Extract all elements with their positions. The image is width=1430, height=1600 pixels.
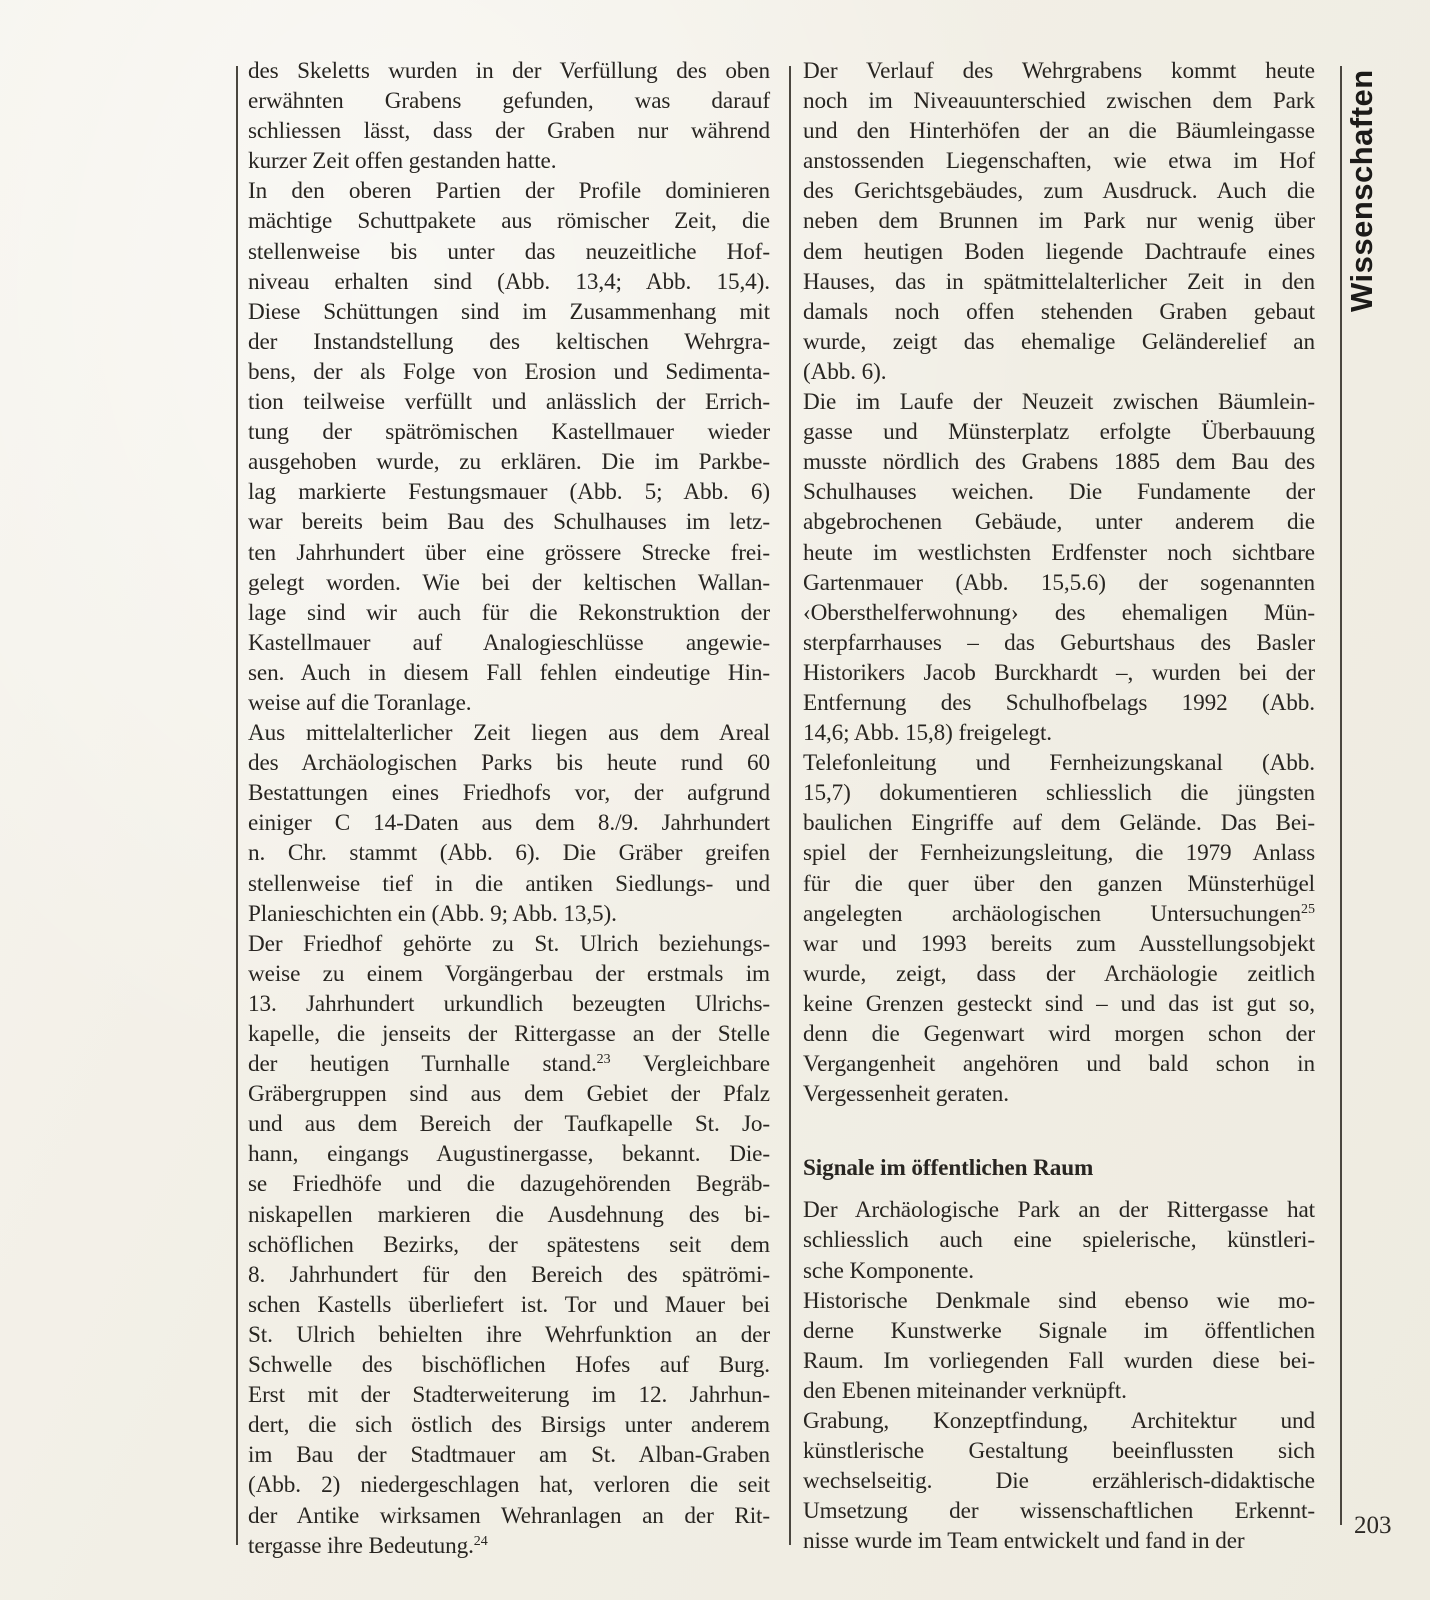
text-line: baulichen Eingriffe auf dem Gelände. Das… <box>803 808 1315 838</box>
text-line: des Archäologischen Parks bis heute rund… <box>248 748 770 778</box>
text-line: spiel der Fernheizungsleitung, die 1979 … <box>803 838 1315 868</box>
text-line: In den oberen Partien der Profile domini… <box>248 176 770 206</box>
text-line: n. Chr. stammt (Abb. 6). Die Gräber grei… <box>248 838 770 868</box>
text-line: weise zu einem Vorgängerbau der erstmals… <box>248 959 770 989</box>
paragraph: Die im Laufe der Neuzeit zwischen Bäumle… <box>803 387 1315 748</box>
text-line: stellenweise tief in die antiken Siedlun… <box>248 869 770 899</box>
text-line: schliessen lässt, dass der Graben nur wä… <box>248 116 770 146</box>
text-line: Schulhauses weichen. Die Fundamente der <box>803 477 1315 507</box>
text-line: denn die Gegenwart wird morgen schon der <box>803 1019 1315 1049</box>
paragraph: Der Friedhof gehörte zu St. Ulrich bezie… <box>248 929 770 1561</box>
paragraph: Der Verlauf des Wehrgrabens kommt heuten… <box>803 56 1315 387</box>
footnote-reference: 24 <box>474 1534 488 1549</box>
text-line: Der Friedhof gehörte zu St. Ulrich bezie… <box>248 929 770 959</box>
text-line: Historische Denkmale sind ebenso wie mo- <box>803 1286 1315 1316</box>
text-line: wurde, zeigt, dass der Archäologie zeitl… <box>803 959 1315 989</box>
text-line: Grabung, Konzeptfindung, Architektur und <box>803 1406 1315 1436</box>
text-line: sterpfarrhauses – das Geburtshaus des Ba… <box>803 628 1315 658</box>
text-line: schliesslich auch eine spielerische, kün… <box>803 1225 1315 1255</box>
footnote-reference: 23 <box>597 1052 611 1067</box>
text-line: niveau erhalten sind (Abb. 13,4; Abb. 15… <box>248 267 770 297</box>
text-line: lage sind wir auch für die Rekonstruktio… <box>248 598 770 628</box>
text-line: und aus dem Bereich der Taufkapelle St. … <box>248 1109 770 1139</box>
text-line: bens, der als Folge von Erosion und Sedi… <box>248 357 770 387</box>
text-line: neben dem Brunnen im Park nur wenig über <box>803 206 1315 236</box>
text-line: noch im Niveauunterschied zwischen dem P… <box>803 86 1315 116</box>
text-line: abgebrochenen Gebäude, unter anderem die <box>803 507 1315 537</box>
text-line: (Abb. 2) niedergeschlagen hat, verloren … <box>248 1470 770 1500</box>
paragraph: des Skeletts wurden in der Verfüllung de… <box>248 56 770 176</box>
text-line: sen. Auch in diesem Fall fehlen eindeuti… <box>248 658 770 688</box>
scanned-page: des Skeletts wurden in der Verfüllung de… <box>0 0 1430 1600</box>
text-line: keine Grenzen gesteckt sind – und das is… <box>803 989 1315 1019</box>
text-line: der Antike wirksamen Wehranlagen an der … <box>248 1501 770 1531</box>
text-line: stellenweise bis unter das neuzeitliche … <box>248 237 770 267</box>
text-line: Aus mittelalterlicher Zeit liegen aus de… <box>248 718 770 748</box>
text-line: (Abb. 6). <box>803 357 1315 387</box>
text-line: niskapellen markieren die Ausdehnung des… <box>248 1200 770 1230</box>
text-line: gelegt worden. Wie bei der keltischen Wa… <box>248 568 770 598</box>
paragraph: In den oberen Partien der Profile domini… <box>248 176 770 718</box>
paragraph: Aus mittelalterlicher Zeit liegen aus de… <box>248 718 770 929</box>
text-line: Signale im öffentlichen Raum <box>803 1153 1315 1183</box>
text-line: musste nördlich des Grabens 1885 dem Bau… <box>803 447 1315 477</box>
text-line: Telefonleitung und Fernheizungskanal (Ab… <box>803 748 1315 778</box>
text-line: heute im westlichsten Erdfenster noch si… <box>803 538 1315 568</box>
left-column-rule <box>236 66 238 1545</box>
text-line: tung der spätrömischen Kastellmauer wied… <box>248 417 770 447</box>
footnote-reference: 25 <box>1301 902 1315 917</box>
text-line: Vergangenheit angehören und bald schon i… <box>803 1049 1315 1079</box>
page-number: 203 <box>1354 1512 1392 1540</box>
text-line: tion teilweise verfüllt und anlässlich d… <box>248 387 770 417</box>
text-line: einiger C 14-Daten aus dem 8./9. Jahrhun… <box>248 808 770 838</box>
text-line: nisse wurde im Team entwickelt und fand … <box>803 1526 1315 1556</box>
margin-rule <box>1340 66 1342 1525</box>
text-line: Diese Schüttungen sind im Zusammenhang m… <box>248 297 770 327</box>
text-line: und den Hinterhöfen der an die Bäumleing… <box>803 116 1315 146</box>
text-line: Der Verlauf des Wehrgrabens kommt heute <box>803 56 1315 86</box>
text-line: Vergessenheit geraten. <box>803 1079 1315 1109</box>
text-line: für die quer über den ganzen Münsterhüge… <box>803 869 1315 899</box>
margin-section-label: Wissenschaften <box>1344 62 1380 312</box>
text-line: lag markierte Festungsmauer (Abb. 5; Abb… <box>248 477 770 507</box>
text-line: anstossenden Liegenschaften, wie etwa im… <box>803 146 1315 176</box>
section-heading: Signale im öffentlichen Raum <box>803 1153 1315 1183</box>
text-line: Raum. Im vorliegenden Fall wurden diese … <box>803 1346 1315 1376</box>
text-line: dem heutigen Boden liegende Dachtraufe e… <box>803 237 1315 267</box>
text-line: Umsetzung der wissenschaftlichen Erkennt… <box>803 1496 1315 1526</box>
text-line: derne Kunstwerke Signale im öffentlichen <box>803 1316 1315 1346</box>
text-line: ‹Obersthelferwohnung› des ehemaligen Mün… <box>803 598 1315 628</box>
text-line: Gräbergruppen sind aus dem Gebiet der Pf… <box>248 1079 770 1109</box>
text-line: hann, eingangs Augustinergasse, bekannt.… <box>248 1139 770 1169</box>
paragraph: Historische Denkmale sind ebenso wie mo-… <box>803 1286 1315 1406</box>
text-line: im Bau der Stadtmauer am St. Alban-Grabe… <box>248 1440 770 1470</box>
text-line: Hauses, das in spätmittelalterlicher Zei… <box>803 267 1315 297</box>
paragraph: Der Archäologische Park an der Rittergas… <box>803 1195 1315 1285</box>
text-line: erwähnten Grabens gefunden, was darauf <box>248 86 770 116</box>
text-line: war und 1993 bereits zum Ausstellungsobj… <box>803 929 1315 959</box>
text-line: kapelle, die jenseits der Rittergasse an… <box>248 1019 770 1049</box>
text-column-right: Der Verlauf des Wehrgrabens kommt heuten… <box>803 56 1315 1557</box>
text-line: sche Komponente. <box>803 1256 1315 1286</box>
text-line: dert, die sich östlich des Birsigs unter… <box>248 1410 770 1440</box>
text-line: weise auf die Toranlage. <box>248 688 770 718</box>
paragraph: Grabung, Konzeptfindung, Architektur und… <box>803 1406 1315 1556</box>
text-line: kurzer Zeit offen gestanden hatte. <box>248 146 770 176</box>
text-column-left: des Skeletts wurden in der Verfüllung de… <box>248 56 770 1561</box>
text-line: Der Archäologische Park an der Rittergas… <box>803 1195 1315 1225</box>
text-line: St. Ulrich behielten ihre Wehrfunktion a… <box>248 1320 770 1350</box>
text-line: des Gerichtsgebäudes, zum Ausdruck. Auch… <box>803 176 1315 206</box>
text-line: damals noch offen stehenden Graben gebau… <box>803 297 1315 327</box>
text-line: tergasse ihre Bedeutung.24 <box>248 1531 770 1561</box>
text-line: Planieschichten ein (Abb. 9; Abb. 13,5). <box>248 899 770 929</box>
text-line: 13. Jahrhundert urkundlich bezeugten Ulr… <box>248 989 770 1019</box>
text-line: schen Kastells überliefert ist. Tor und … <box>248 1290 770 1320</box>
text-line: wurde, zeigt das ehemalige Geländerelief… <box>803 327 1315 357</box>
paragraph: Telefonleitung und Fernheizungskanal (Ab… <box>803 748 1315 1109</box>
text-line: Historikers Jacob Burckhardt –, wurden b… <box>803 658 1315 688</box>
text-line: Bestattungen eines Friedhofs vor, der au… <box>248 778 770 808</box>
text-line: der Instandstellung des keltischen Wehrg… <box>248 327 770 357</box>
text-line: 15,7) dokumentieren schliesslich die jün… <box>803 778 1315 808</box>
text-line: ausgehoben wurde, zu erklären. Die im Pa… <box>248 447 770 477</box>
text-line: der heutigen Turnhalle stand.23 Vergleic… <box>248 1049 770 1079</box>
column-divider-rule <box>789 66 791 1545</box>
text-line: Kastellmauer auf Analogieschlüsse angewi… <box>248 628 770 658</box>
text-line: 14,6; Abb. 15,8) freigelegt. <box>803 718 1315 748</box>
text-line: mächtige Schuttpakete aus römischer Zeit… <box>248 206 770 236</box>
text-line: den Ebenen miteinander verknüpft. <box>803 1376 1315 1406</box>
text-line: gasse und Münsterplatz erfolgte Überbauu… <box>803 417 1315 447</box>
text-line: 8. Jahrhundert für den Bereich des spätr… <box>248 1260 770 1290</box>
text-line: Entfernung des Schulhofbelags 1992 (Abb. <box>803 688 1315 718</box>
text-line: se Friedhöfe und die dazugehörenden Begr… <box>248 1169 770 1199</box>
text-line: war bereits beim Bau des Schulhauses im … <box>248 507 770 537</box>
text-line: künstlerische Gestaltung beeinflussten s… <box>803 1436 1315 1466</box>
text-line: Schwelle des bischöflichen Hofes auf Bur… <box>248 1350 770 1380</box>
text-line: Die im Laufe der Neuzeit zwischen Bäumle… <box>803 387 1315 417</box>
text-line: angelegten archäologischen Untersuchunge… <box>803 899 1315 929</box>
text-line: wechselseitig. Die erzählerisch-didaktis… <box>803 1466 1315 1496</box>
text-line: Erst mit der Stadterweiterung im 12. Jah… <box>248 1380 770 1410</box>
text-line: des Skeletts wurden in der Verfüllung de… <box>248 56 770 86</box>
text-line: schöflichen Bezirks, der spätestens seit… <box>248 1230 770 1260</box>
text-line: Gartenmauer (Abb. 15,5.6) der sogenannte… <box>803 568 1315 598</box>
text-line: ten Jahrhundert über eine grössere Strec… <box>248 538 770 568</box>
